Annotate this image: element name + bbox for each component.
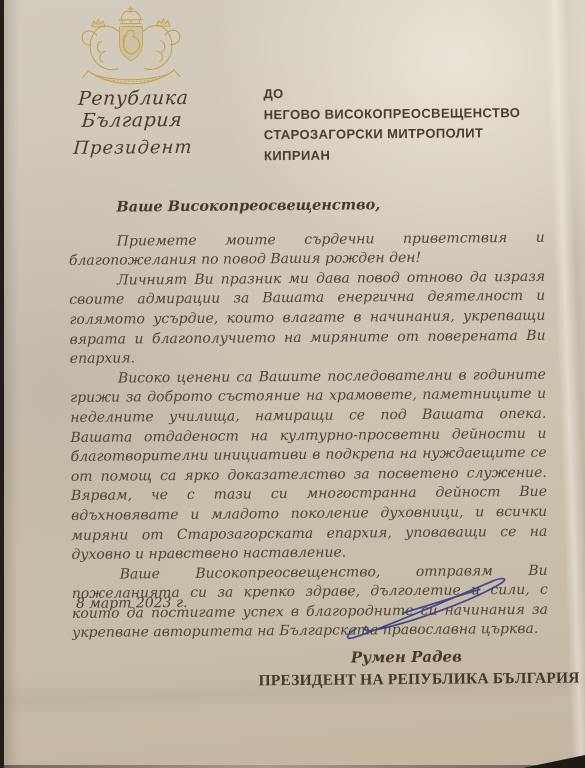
body-paragraph: Приемете моите сърдечни приветствия и бл… [69,228,545,271]
recipient-line: КИПРИАН [264,144,521,167]
body-paragraph: Високо ценени са Вашите последователни в… [70,366,548,566]
letter-content: Република България Президент ДО НЕГОВО В… [1,0,585,768]
signer-title: ПРЕЗИДЕНТ НА РЕПУБЛИКА БЪЛГАРИЯ [259,670,555,691]
letterhead-office-line: Президент [25,136,240,159]
letterhead-republic-line: Република България [24,86,241,132]
recipient-line: НЕГОВО ВИСОКОПРЕОСВЕЩЕНСТВО [264,103,521,126]
signer-block: Румен Радев ПРЕЗИДЕНТ НА РЕПУБЛИКА БЪЛГА… [258,647,554,691]
letter-paper: Република България Президент ДО НЕГОВО В… [4,0,585,768]
recipient-line: СТАРОЗАГОРСКИ МИТРОПОЛИТ [264,123,521,146]
recipient-line: ДО [263,82,520,105]
body-paragraph: Личният Ви празник ми дава повод отново … [69,268,546,370]
photo-backdrop: Република България Президент ДО НЕГОВО В… [0,0,585,768]
letterhead: Република България Президент [25,86,240,159]
signer-name: Румен Радев [258,647,554,668]
signature-ink [338,570,524,644]
recipient-block: ДО НЕГОВО ВИСОКОПРЕОСВЕЩЕНСТВО СТАРОЗАГО… [263,82,520,166]
bulgaria-coat-of-arms-icon [69,5,194,94]
salutation: Ваше Високопреосвещенство, [68,194,544,218]
date-line: 8 март 2023 г. [76,595,188,612]
